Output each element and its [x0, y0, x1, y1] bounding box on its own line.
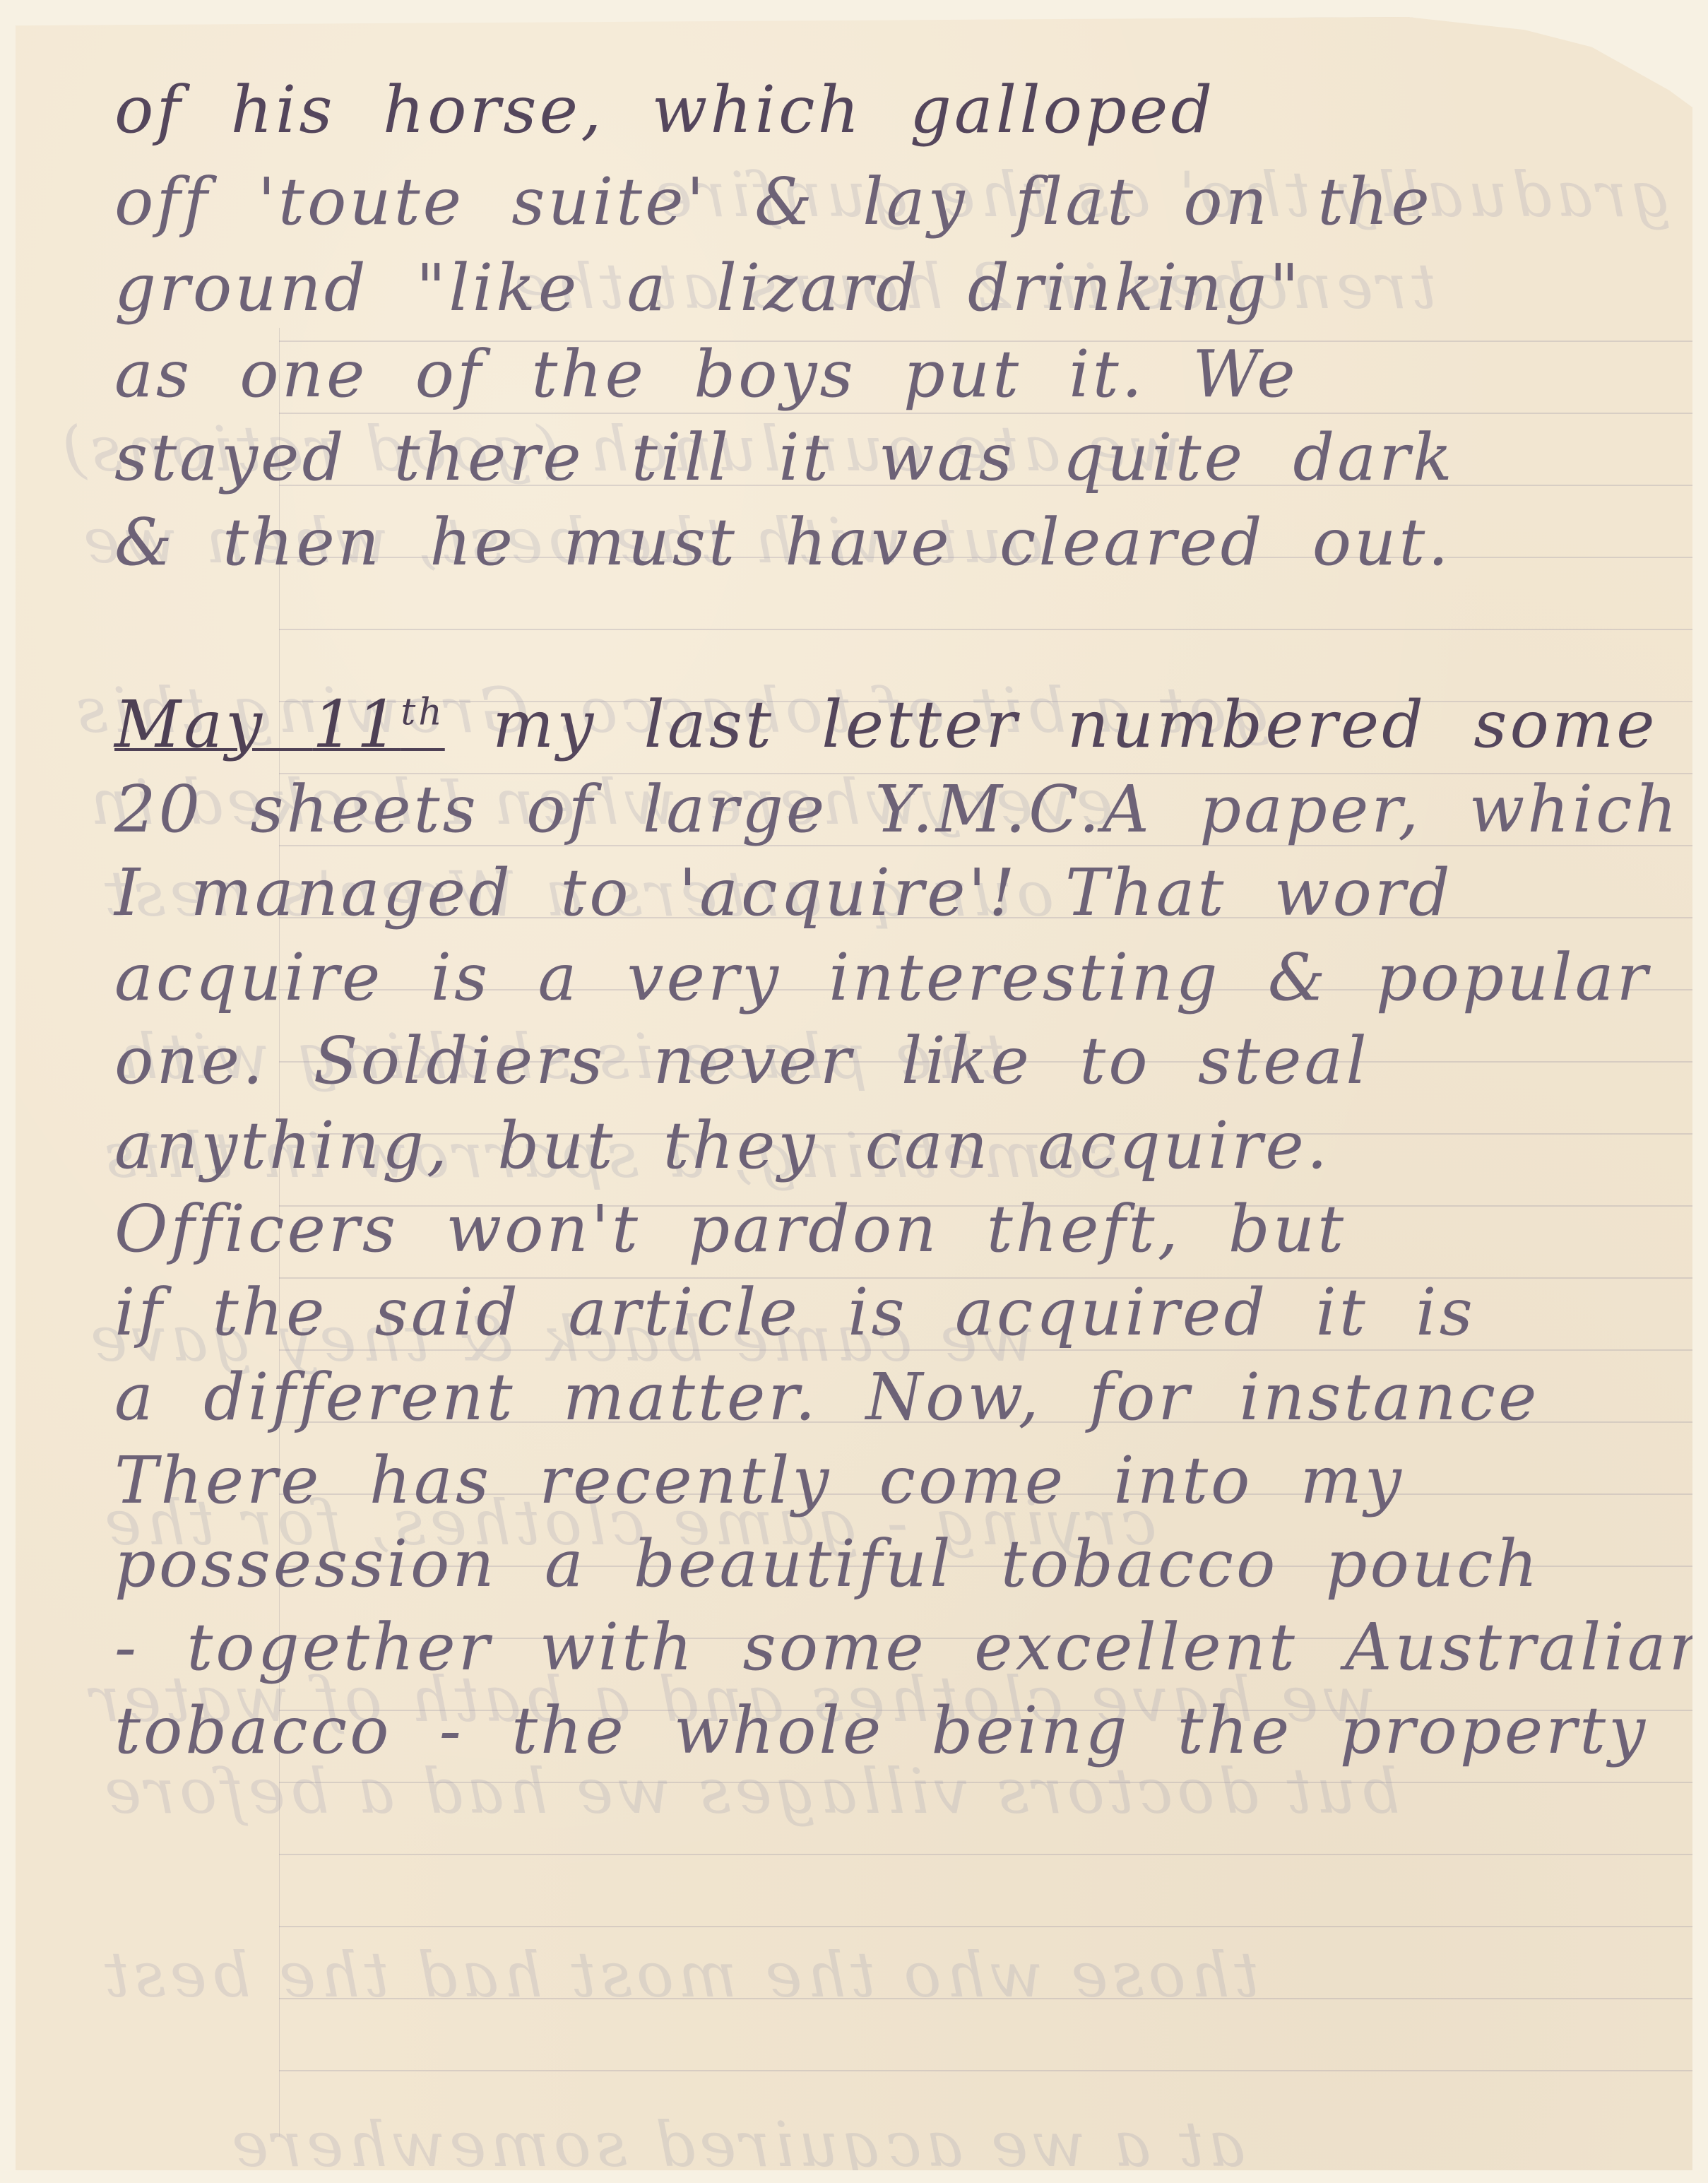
ruled-line: [279, 1926, 1692, 1927]
handwritten-line-16: a different matter. Now, for instance: [114, 1359, 1539, 1435]
handwritten-line-11: acquire is a very interesting & popular: [114, 940, 1651, 1015]
handwritten-line-20: tobacco - the whole being the property: [114, 1693, 1648, 1768]
handwritten-line-15: if the said article is acquired it is: [114, 1274, 1476, 1350]
handwritten-line-3: ground "like a lizard drinking": [114, 250, 1302, 326]
handwritten-line-19: - together with some excellent Australia…: [114, 1609, 1708, 1685]
handwritten-line-2: off 'toute suite' & lay flat on the: [114, 164, 1433, 239]
date-heading: May 11th: [114, 687, 445, 762]
handwritten-line-18: possession a beautiful tobacco pouch: [114, 1526, 1541, 1602]
date-day: 11: [312, 687, 401, 762]
date-entry-line: May 11th my last letter numbered some: [114, 687, 1658, 762]
handwritten-line-10: I managed to 'acquire'! That word: [114, 855, 1453, 930]
ruled-line: [279, 2070, 1692, 2071]
date-month: May: [114, 687, 265, 762]
handwritten-line-9: 20 sheets of large Y.M.C.A paper, which: [114, 771, 1680, 847]
ruled-line: [279, 1854, 1692, 1855]
handwritten-line-14: Officers won't pardon theft, but: [114, 1191, 1346, 1267]
handwritten-line-8: my last letter numbered some: [492, 687, 1658, 762]
letter-page: gradually tho' as the gunfire trenches i…: [16, 17, 1692, 2170]
ruled-line: [279, 413, 1692, 414]
date-suffix: th: [401, 691, 444, 733]
ruled-line: [279, 629, 1692, 630]
bleed-through-text: those who the most had the best: [100, 1939, 1259, 2011]
handwritten-line-12: one. Soldiers never like to steal: [114, 1023, 1370, 1099]
handwritten-line-5: stayed there till it was quite dark: [114, 420, 1455, 495]
handwritten-line-17: There has recently come into my: [114, 1443, 1404, 1518]
handwritten-line-1: of his horse, which galloped: [114, 72, 1215, 148]
handwritten-line-6: & then he must have cleared out.: [114, 504, 1452, 580]
ruled-line: [279, 1998, 1692, 1999]
bleed-through-text: at a we acquired somewhere: [227, 2108, 1245, 2181]
handwritten-line-13: anything, but they can acquire.: [114, 1108, 1330, 1183]
handwritten-line-4: as one of the boys put it. We: [114, 336, 1298, 412]
ruled-line: [279, 1782, 1692, 1783]
